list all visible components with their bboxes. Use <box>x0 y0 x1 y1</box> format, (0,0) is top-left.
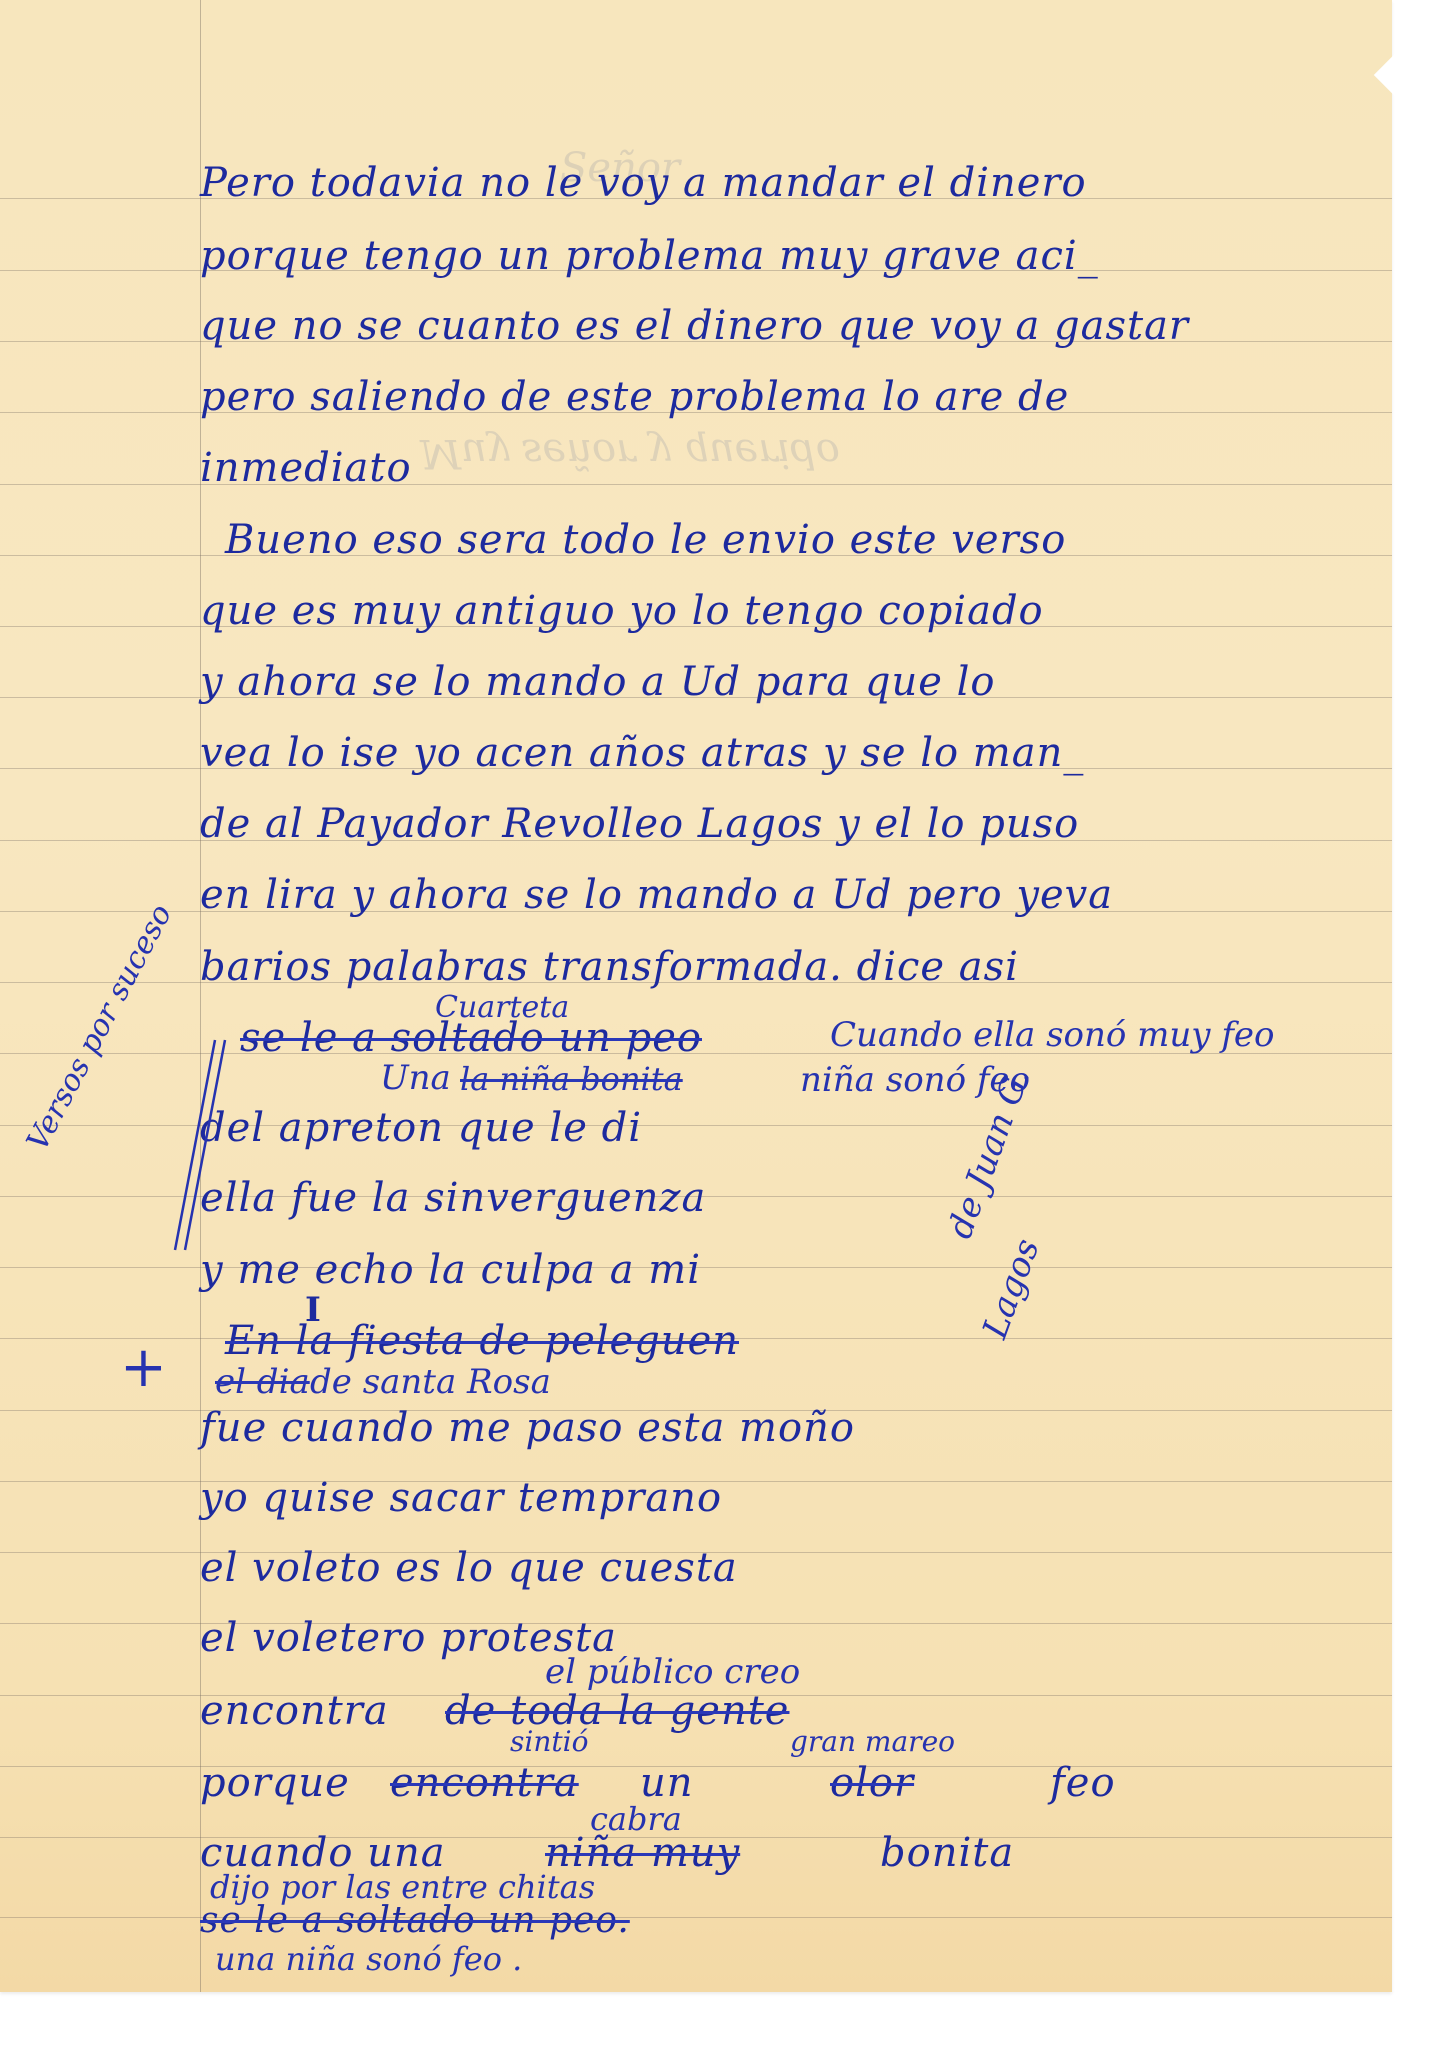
verse-line: encontra <box>200 1688 389 1734</box>
struck-word: el dia <box>215 1362 310 1402</box>
insertion-above: sintió <box>510 1725 588 1758</box>
letter-line: que no se cuanto es el dinero que voy a … <box>200 303 1189 349</box>
letter-line: porque tengo un problema muy grave aci_ <box>200 233 1099 279</box>
insertion-above: el público creo <box>545 1652 800 1692</box>
letter-line: de al Payador Revolleo Lagos y el lo pus… <box>200 801 1079 847</box>
verse-word: bonita <box>880 1830 1014 1876</box>
paper-tear-notch <box>1374 54 1416 96</box>
struck-line: se le a soltado un peo <box>240 1015 702 1061</box>
paper-sheet: Señor Muy señor y querido Pero todavia n… <box>0 0 1392 1992</box>
cross-mark-icon: + <box>120 1335 167 1400</box>
letter-line: que es muy antiguo yo lo tengo copiado <box>200 588 1044 634</box>
letter-line: barios palabras transformada. dice asi <box>200 944 1019 990</box>
verse-line: y me echo la culpa a mi <box>200 1247 701 1293</box>
struck-line: se le a soltado un peo. <box>200 1900 630 1941</box>
verse-line: yo quise sacar temprano <box>200 1475 722 1521</box>
verse-line: fue cuando me paso esta moño <box>200 1405 855 1451</box>
margin-double-stroke-icon <box>170 1035 230 1255</box>
letter-line: en lira y ahora se lo mando a Ud pero ye… <box>200 872 1113 918</box>
signature-note: Lagos <box>975 1234 1048 1344</box>
letter-line: pero saliendo de este problema lo are de <box>200 374 1069 420</box>
letter-line: Bueno eso sera todo le envio este verso <box>225 517 1066 563</box>
struck-word: de toda la gente <box>445 1688 789 1734</box>
struck-word: encontra <box>390 1760 579 1806</box>
verse-addition: Cuando ella sonó muy feo <box>830 1015 1275 1055</box>
bleed-through-text: Muy señor y querido <box>420 430 840 476</box>
verse-line: porque <box>200 1760 350 1806</box>
verse-word: feo <box>1050 1760 1116 1806</box>
letter-line: inmediato <box>200 445 412 491</box>
struck-word: olor <box>830 1760 914 1806</box>
letter-line: vea lo ise yo acen años atras y se lo ma… <box>200 730 1084 776</box>
verse-addition: de santa Rosa <box>310 1362 551 1402</box>
insertion-above: Una <box>380 1058 451 1098</box>
verse-line: del apreton que le di <box>200 1105 642 1151</box>
letter-line: y ahora se lo mando a Ud para que lo <box>200 659 996 705</box>
margin-note-vertical: Versos por suceso <box>20 899 179 1157</box>
verse-line: ella fue la sinverguenza <box>200 1175 706 1221</box>
insertion-above: gran mareo <box>790 1725 955 1758</box>
verse-line: el voleto es lo que cuesta <box>200 1545 738 1591</box>
struck-line: En la fiesta de peleguen <box>225 1318 739 1364</box>
verse-line: una niña sonó feo . <box>215 1940 522 1978</box>
struck-word: la niña bonita <box>460 1060 683 1098</box>
letter-line: Pero todavia no le voy a mandar el diner… <box>200 160 1087 206</box>
